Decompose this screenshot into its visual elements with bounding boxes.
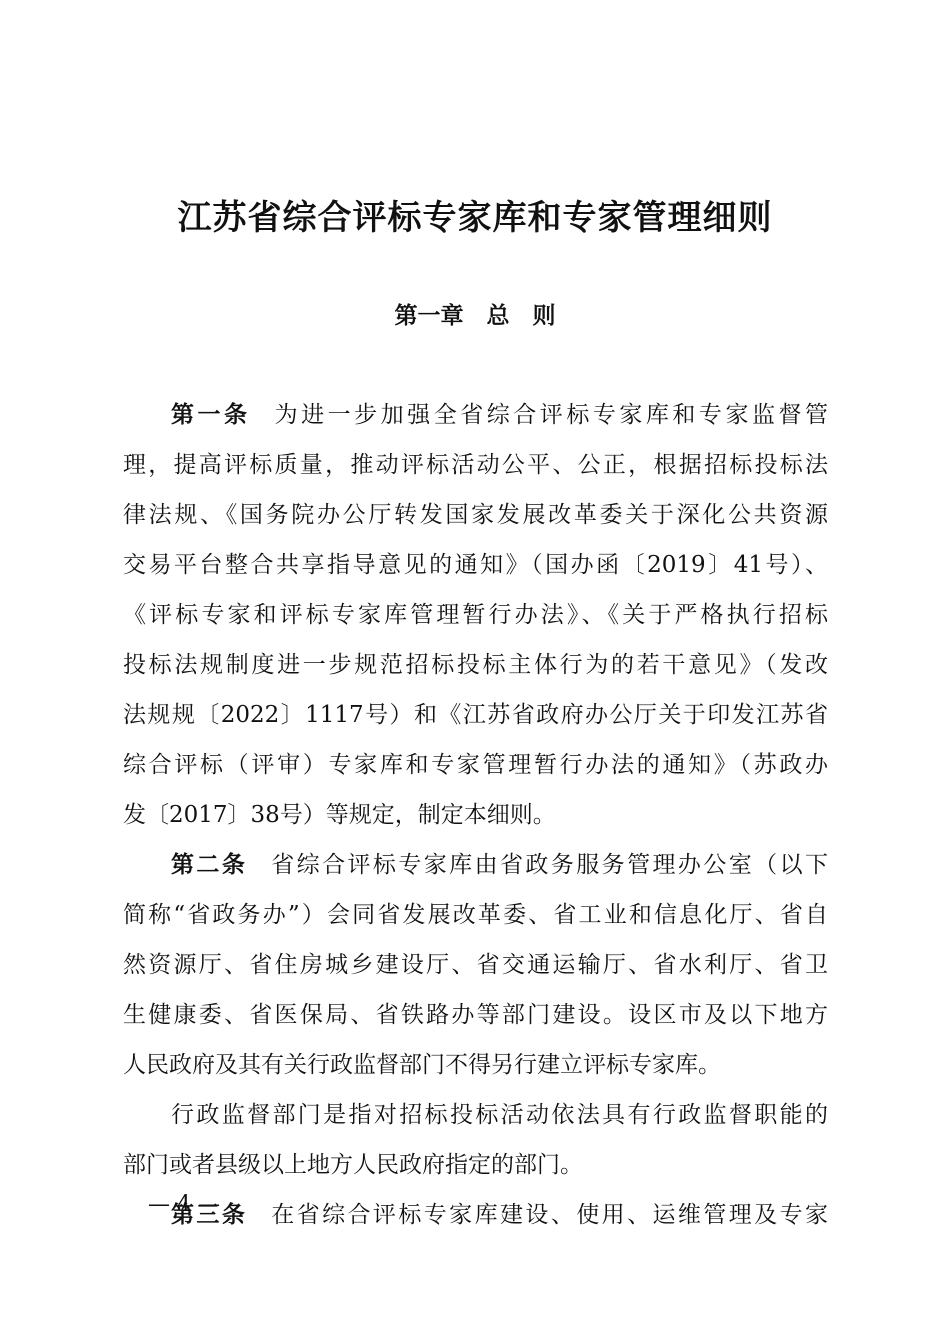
article-1-line: 律法规、《国务院办公厅转发国家发展改革委关于深化公共资源 (123, 490, 828, 540)
article-1-line: 发〔2017〕38号）等规定，制定本细则。 (123, 790, 828, 840)
article-2-line: 然资源厅、省住房城乡建设厅、省交通运输厅、省水利厅、省卫 (123, 940, 828, 990)
article-label: 第二条 (171, 852, 247, 878)
article-3-line: 第三条在省综合评标专家库建设、使用、运维管理及专家 (123, 1190, 828, 1240)
article-1-line: 第一条为进一步加强全省综合评标专家库和专家监督管 (123, 390, 828, 440)
article-1-line: 综合评标（评审）专家库和专家管理暂行办法的通知》（苏政办 (123, 740, 828, 790)
article-1-line: 《评标专家和评标专家库管理暂行办法》、《关于严格执行招标 (123, 590, 828, 640)
document-title: 江苏省综合评标专家库和专家管理细则 (0, 190, 950, 239)
article-label: 第一条 (171, 402, 251, 428)
article-1-line: 理，提高评标质量，推动评标活动公平、公正，根据招标投标法 (123, 440, 828, 490)
text-line: 为进一步加强全省综合评标专家库和专家监督管 (275, 402, 828, 428)
article-2-line: 人民政府及其有关行政监督部门不得另行建立评标专家库。 (123, 1040, 828, 1090)
article-1-line: 交易平台整合共享指导意见的通知》（国办函〔2019〕41号）、 (123, 540, 828, 590)
page-number: — 4 — (148, 1192, 220, 1217)
chapter-heading: 第一章 总 则 (0, 297, 950, 330)
text-line: 省综合评标专家库由省政务服务管理办公室（以下 (271, 852, 828, 878)
article-2-paragraph-line: 部门或者县级以上地方人民政府指定的部门。 (123, 1140, 828, 1190)
article-2-line: 生健康委、省医保局、省铁路办等部门建设。设区市及以下地方 (123, 990, 828, 1040)
article-2-line: 第二条省综合评标专家库由省政务服务管理办公室（以下 (123, 840, 828, 890)
text-line: 在省综合评标专家库建设、使用、运维管理及专家 (271, 1202, 828, 1228)
article-1-line: 投标法规制度进一步规范招标投标主体行为的若干意见》（发改 (123, 640, 828, 690)
article-1-line: 法规规〔2022〕1117号）和《江苏省政府办公厅关于印发江苏省 (123, 690, 828, 740)
article-2-paragraph-line: 行政监督部门是指对招标投标活动依法具有行政监督职能的 (123, 1090, 828, 1140)
article-2-line: 简称“省政务办”）会同省发展改革委、省工业和信息化厅、省自 (123, 890, 828, 940)
document-body: 第一条为进一步加强全省综合评标专家库和专家监督管 理，提高评标质量，推动评标活动… (123, 390, 828, 1240)
